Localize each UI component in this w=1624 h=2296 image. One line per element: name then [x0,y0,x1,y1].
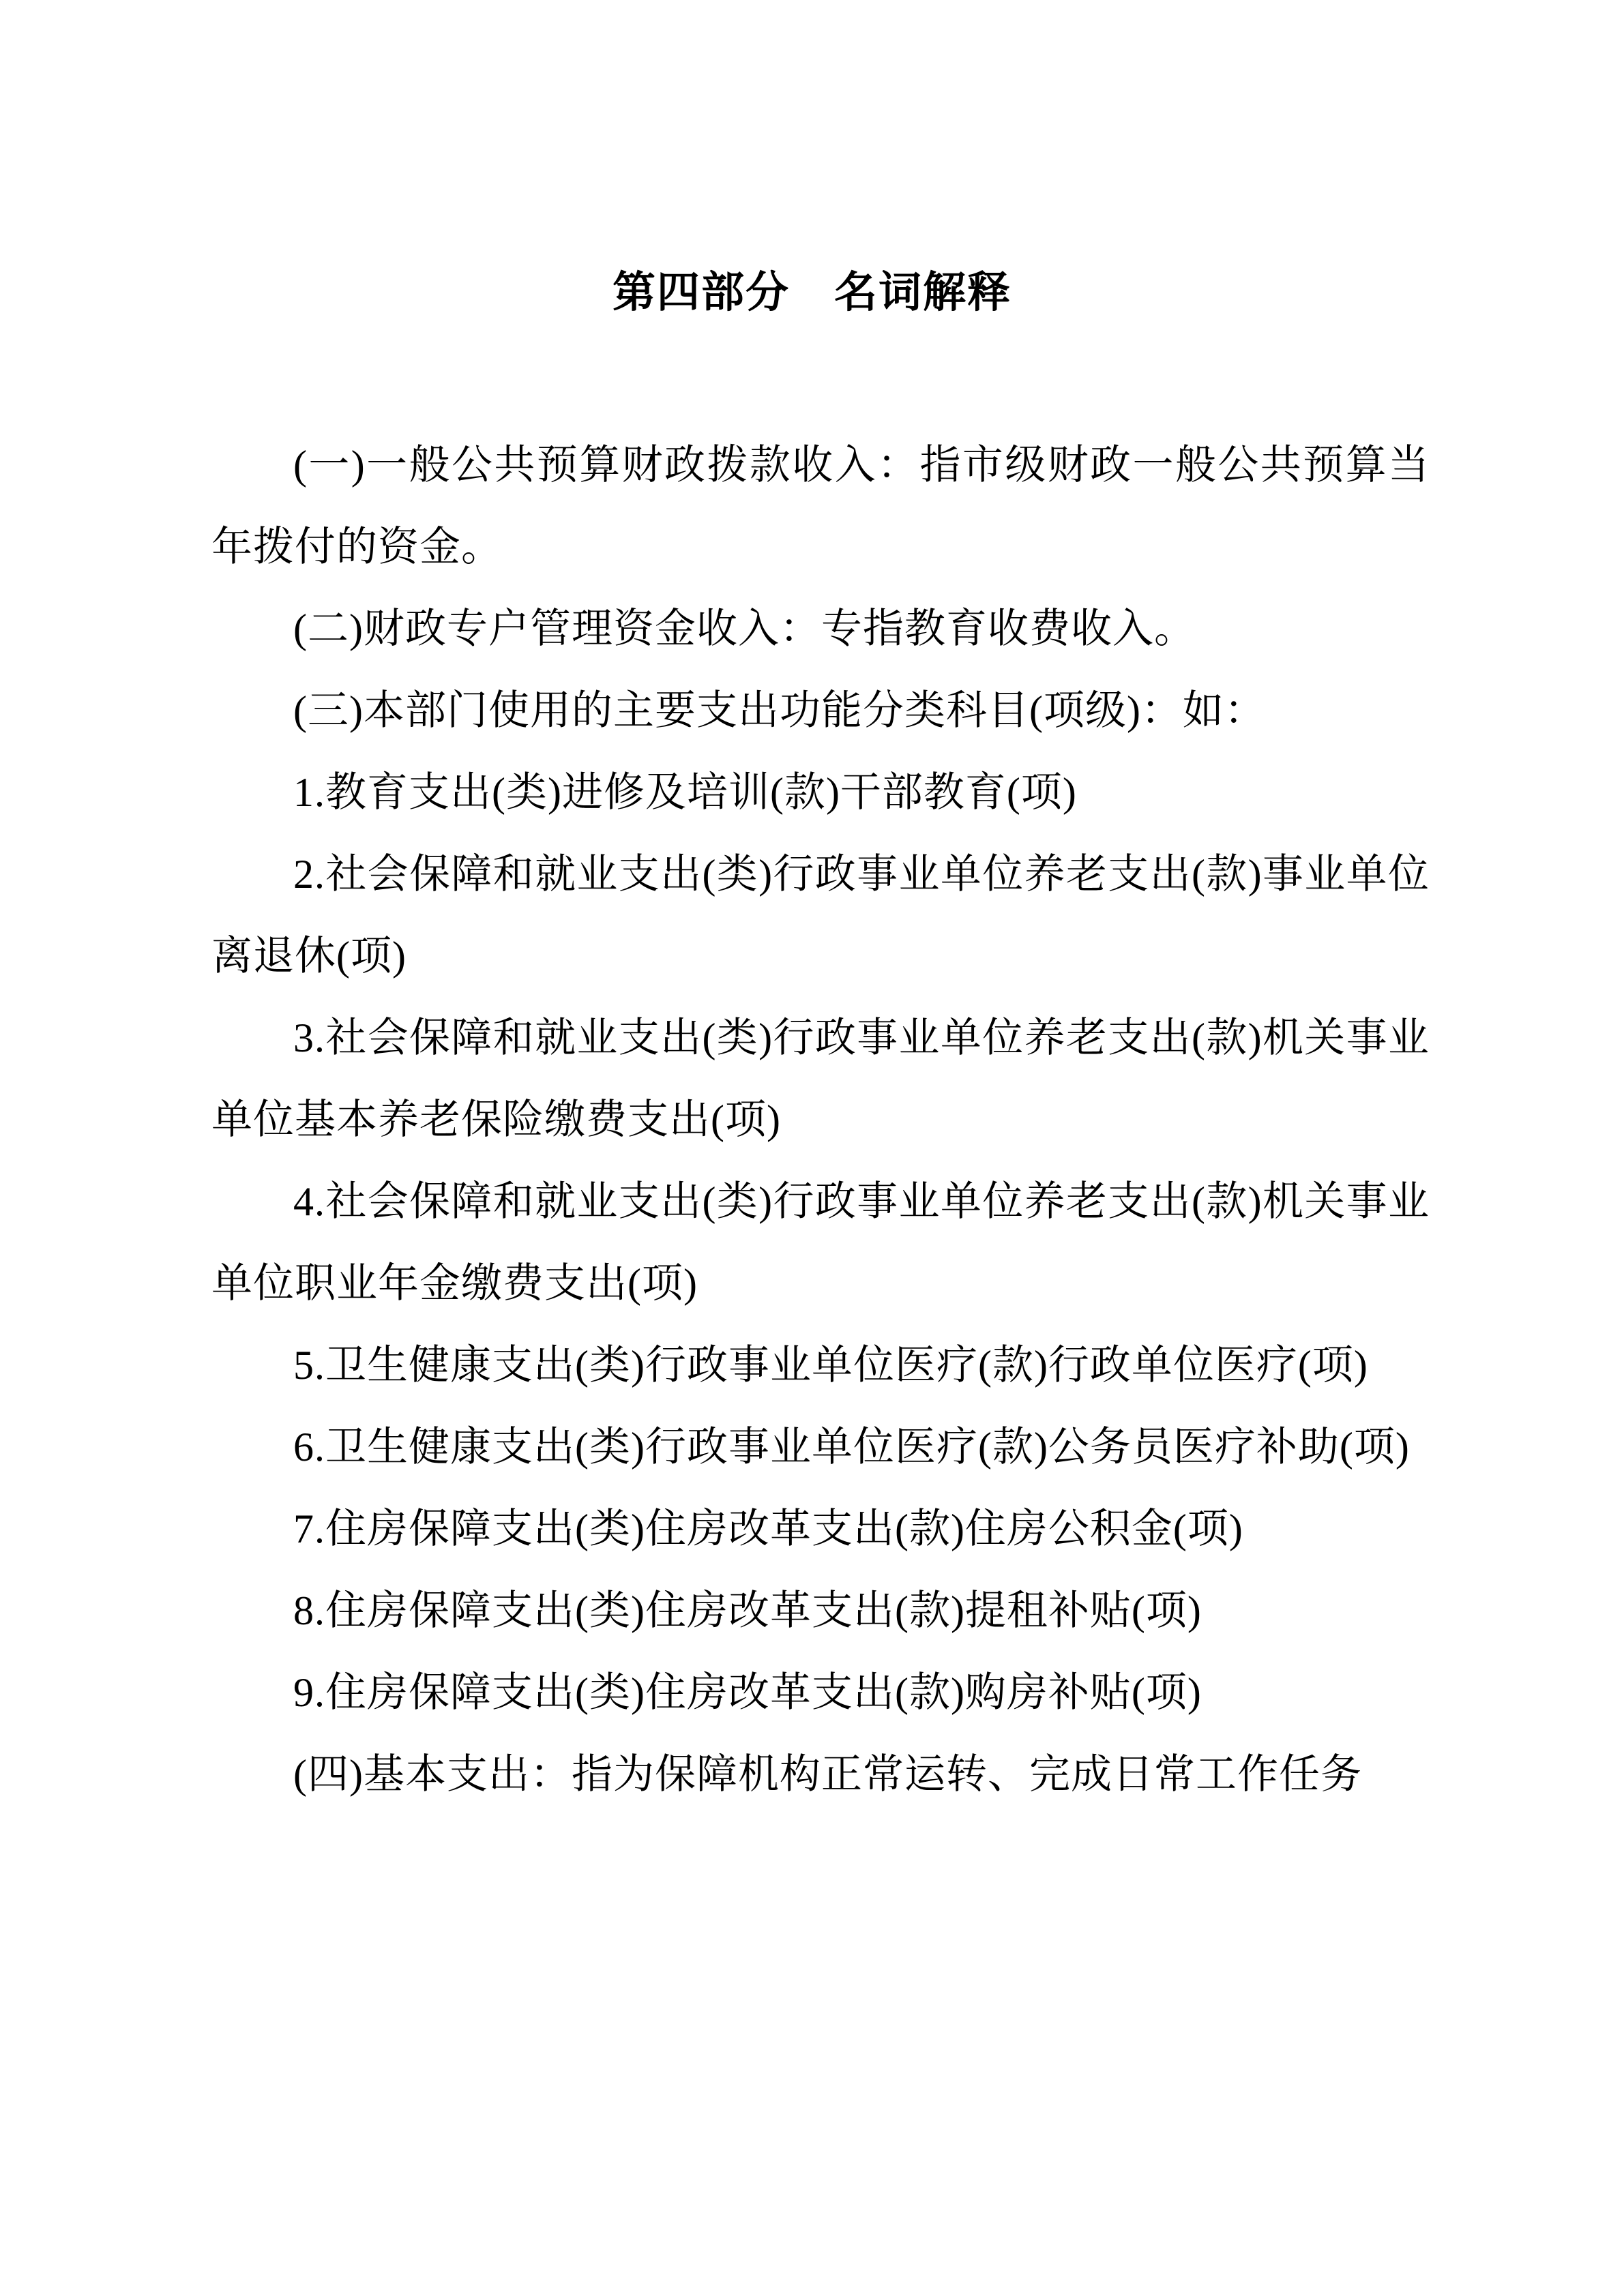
paragraph-income-general-budget: (一)一般公共预算财政拨款收入：指市级财政一般公共预算当年拨付的资金。 [211,424,1430,588]
page-title: 第四部分 名词解释 [0,0,1624,315]
paragraph-item-5-admin-medical: 5.卫生健康支出(类)行政事业单位医疗(款)行政单位医疗(项) [211,1324,1430,1406]
paragraph-item-7-housing-fund: 7.住房保障支出(类)住房改革支出(款)住房公积金(项) [211,1488,1430,1570]
document-page: 第四部分 名词解释 (一)一般公共预算财政拨款收入：指市级财政一般公共预算当年拨… [0,0,1624,2296]
paragraph-item-3-basic-pension: 3.社会保障和就业支出(类)行政事业单位养老支出(款)机关事业单位基本养老保险缴… [211,997,1430,1161]
paragraph-basic-expenditure: (四)基本支出：指为保障机构正常运转、完成日常工作任务 [211,1733,1430,1815]
document-body: (一)一般公共预算财政拨款收入：指市级财政一般公共预算当年拨付的资金。 (二)财… [0,424,1624,1815]
paragraph-item-2-social-security-retirement: 2.社会保障和就业支出(类)行政事业单位养老支出(款)事业单位离退休(项) [211,833,1430,997]
paragraph-item-1-education: 1.教育支出(类)进修及培训(款)干部教育(项) [211,751,1430,833]
paragraph-item-9-home-purchase-subsidy: 9.住房保障支出(类)住房改革支出(款)购房补贴(项) [211,1652,1430,1733]
paragraph-item-6-civil-servant-medical: 6.卫生健康支出(类)行政事业单位医疗(款)公务员医疗补助(项) [211,1406,1430,1488]
paragraph-expenditure-categories-intro: (三)本部门使用的主要支出功能分类科目(项级)：如： [211,670,1430,751]
paragraph-item-4-occupational-annuity: 4.社会保障和就业支出(类)行政事业单位养老支出(款)机关事业单位职业年金缴费支… [211,1161,1430,1324]
paragraph-item-8-rent-subsidy: 8.住房保障支出(类)住房改革支出(款)提租补贴(项) [211,1570,1430,1652]
paragraph-income-fiscal-account: (二)财政专户管理资金收入：专指教育收费收入。 [211,588,1430,670]
